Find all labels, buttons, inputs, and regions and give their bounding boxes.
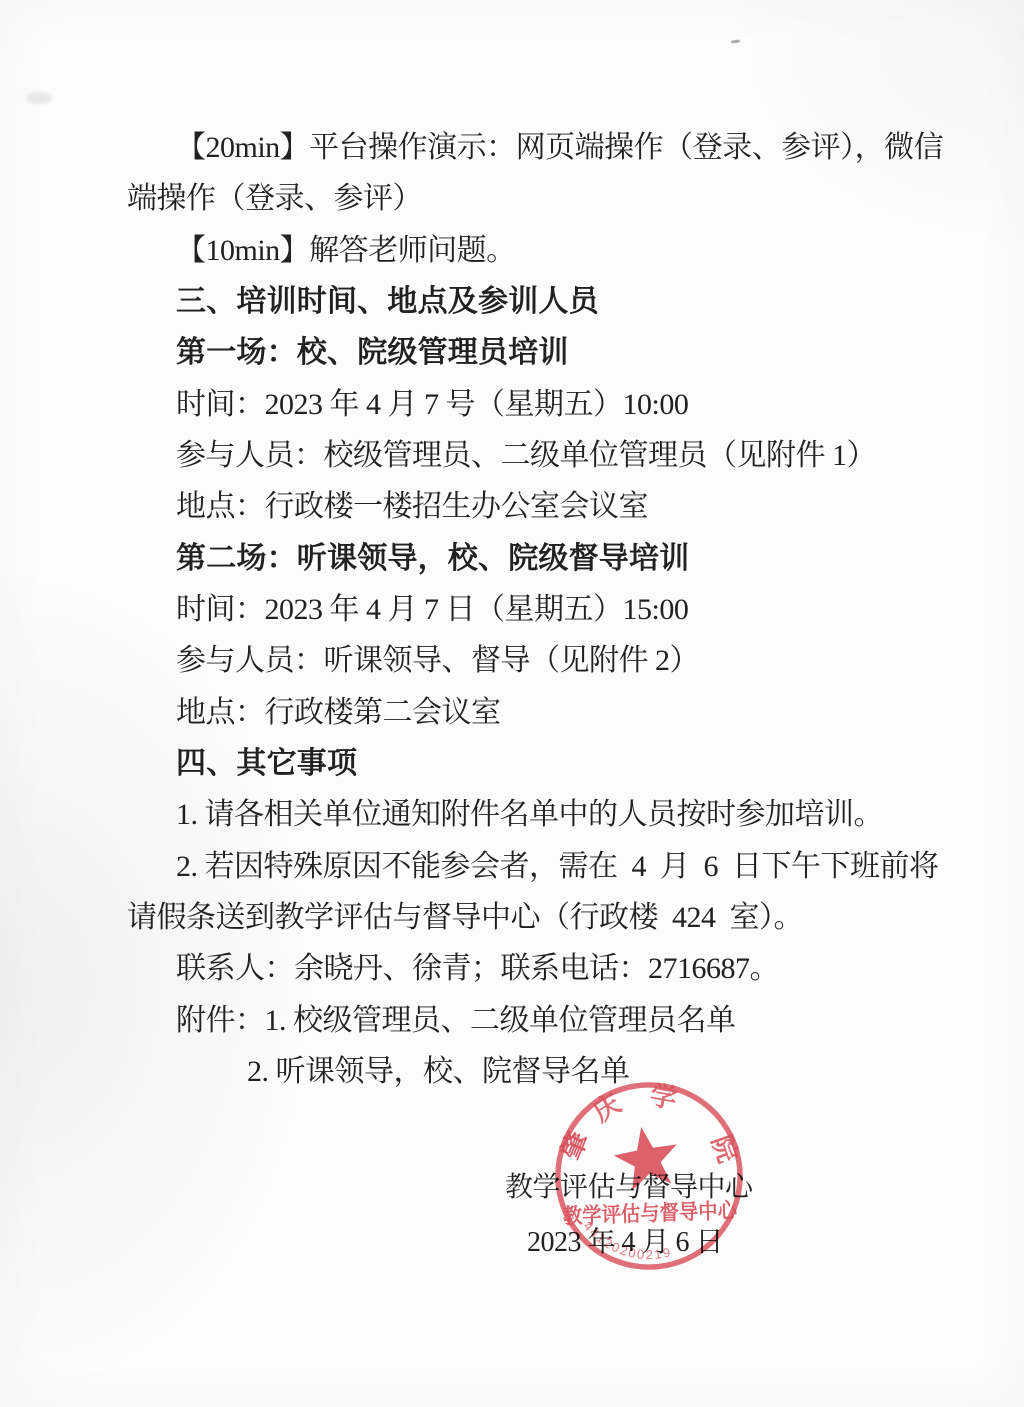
doc-line: 联系人：余晓丹、徐青；联系电话：2716687。 (127, 943, 917, 994)
doc-line: 【20min】平台操作演示：网页端操作（登录、参评），微信 (127, 122, 917, 173)
doc-line: 参与人员：校级管理员、二级单位管理员（见附件 1） (127, 430, 917, 481)
doc-attachment-line-2: 2. 听课领导，校、院督导名单 (127, 1046, 917, 1097)
doc-line: 请假条送到教学评估与督导中心（行政楼 424 室）。 (127, 892, 917, 943)
star-icon (610, 1121, 684, 1192)
seal-ring (558, 1085, 740, 1267)
doc-line: 2. 若因特殊原因不能参会者，需在 4 月 6 日下午下班前将 (127, 841, 917, 892)
doc-line: 参与人员：听课领导、督导（见附件 2） (127, 635, 917, 686)
doc-line: 端操作（登录、参评） (127, 173, 917, 224)
doc-heading-section-3: 三、培训时间、地点及参训人员 (127, 276, 917, 327)
doc-attachment-line-1: 附件：1. 校级管理员、二级单位管理员名单 (127, 995, 917, 1046)
doc-heading-session-2: 第二场：听课领导，校、院级督导培训 (127, 533, 917, 584)
doc-line: 【10min】解答老师问题。 (127, 225, 917, 276)
scan-smudge (26, 92, 52, 104)
doc-line: 1. 请各相关单位通知附件名单中的人员按时参加培训。 (127, 789, 917, 840)
doc-line: 时间：2023 年 4 月 7 号（星期五）10:00 (127, 379, 917, 430)
doc-line: 时间：2023 年 4 月 7 日（星期五）15:00 (127, 584, 917, 635)
doc-line: 地点：行政楼一楼招生办公室会议室 (127, 481, 917, 532)
document-body: 【20min】平台操作演示：网页端操作（登录、参评），微信 端操作（登录、参评）… (127, 122, 917, 1097)
official-seal: 肇庆学院 教学评估与督导中心 44120200219 (550, 1077, 748, 1275)
scanned-document-page: 【20min】平台操作演示：网页端操作（登录、参评），微信 端操作（登录、参评）… (0, 0, 1024, 1407)
doc-line: 地点：行政楼第二会议室 (127, 687, 917, 738)
doc-heading-session-1: 第一场：校、院级管理员培训 (127, 327, 917, 378)
scan-speck (731, 39, 740, 43)
doc-heading-section-4: 四、其它事项 (127, 738, 917, 789)
